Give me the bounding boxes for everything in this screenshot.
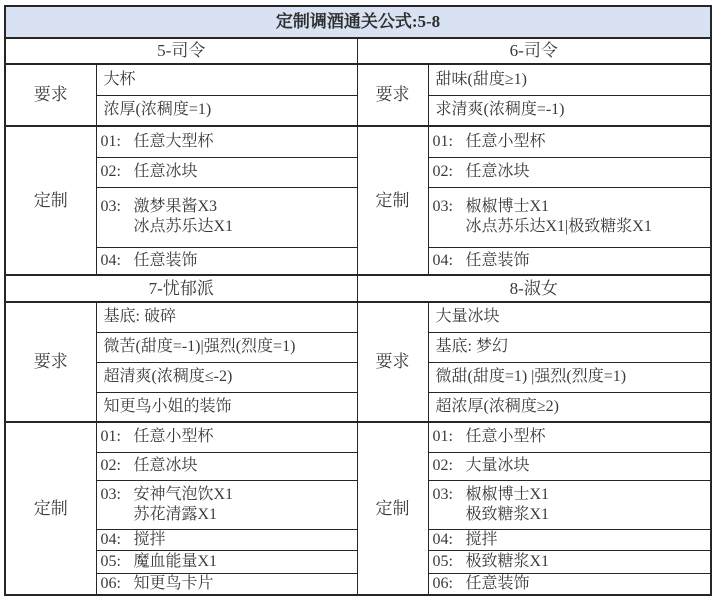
table-row: 定制调酒通关公式:5-8: [5, 6, 711, 38]
step-line: 搅拌: [466, 530, 711, 550]
requirement-cell: 大杯: [96, 64, 357, 95]
step-number: 01:: [433, 427, 466, 447]
step-number: 04:: [101, 530, 134, 550]
step-cell: 04: 搅拌: [428, 529, 711, 550]
step-cell: 06: 任意装饰: [428, 573, 711, 595]
requirements-label: 要求: [5, 64, 96, 126]
step-line: 安神气泡饮X1: [134, 485, 357, 505]
step-cell: 03: 激梦果酱X3 冰点苏乐达X1: [96, 187, 357, 247]
custom-label: 定制: [5, 126, 96, 275]
requirement-cell: 求清爽(浓稠度=-1): [428, 95, 711, 126]
step-line: 任意小型杯: [466, 132, 711, 152]
step-cell: 03: 椒椒博士X1 极致糖浆X1: [428, 480, 711, 529]
page-title: 定制调酒通关公式:5-8: [5, 6, 711, 38]
recipe-header-5: 5-司令: [5, 38, 357, 64]
table-row: 5-司令 6-司令: [5, 38, 711, 64]
requirement-cell: 基底: 破碎: [96, 302, 357, 332]
step-line: 大量冰块: [466, 456, 711, 476]
requirements-label: 要求: [5, 302, 96, 422]
requirements-label: 要求: [357, 302, 428, 422]
step-number: 02:: [101, 456, 134, 476]
step-cell: 04: 任意装饰: [428, 247, 711, 275]
step-number: 04:: [101, 251, 134, 271]
requirements-label: 要求: [357, 64, 428, 126]
step-line: 魔血能量X1: [134, 552, 357, 572]
step-line: 任意冰块: [134, 456, 357, 476]
step-line: 任意大型杯: [134, 132, 357, 152]
step-line: 冰点苏乐达X1|极致糖浆X1: [466, 217, 711, 237]
step-number: 06:: [101, 574, 134, 594]
requirement-cell: 甜味(甜度≥1): [428, 64, 711, 95]
step-cell: 03: 椒椒博士X1 冰点苏乐达X1|极致糖浆X1: [428, 187, 711, 247]
step-line: 任意冰块: [134, 162, 357, 182]
step-cell: 01: 任意小型杯: [96, 422, 357, 452]
step-cell: 02: 任意冰块: [428, 157, 711, 187]
step-cell: 02: 任意冰块: [96, 452, 357, 480]
step-cell: 05: 极致糖浆X1: [428, 550, 711, 573]
custom-label: 定制: [357, 126, 428, 275]
step-cell: 04: 搅拌: [96, 529, 357, 550]
step-number: 05:: [101, 552, 134, 572]
step-number: 03:: [101, 197, 134, 217]
step-line: 任意冰块: [466, 162, 711, 182]
step-number: 01:: [101, 427, 134, 447]
requirement-cell: 超清爽(浓稠度≤-2): [96, 362, 357, 392]
step-cell: 04: 任意装饰: [96, 247, 357, 275]
step-cell: 03: 安神气泡饮X1 苏花清露X1: [96, 480, 357, 529]
step-line: 苏花清露X1: [134, 505, 357, 525]
step-cell: 01: 任意小型杯: [428, 422, 711, 452]
step-cell: 01: 任意小型杯: [428, 126, 711, 157]
step-number: 06:: [433, 574, 466, 594]
step-line: 极致糖浆X1: [466, 552, 711, 572]
step-line: 任意装饰: [466, 574, 711, 594]
step-number: 05:: [433, 552, 466, 572]
step-number: 04:: [433, 530, 466, 550]
step-line: 椒椒博士X1: [466, 485, 711, 505]
step-line: 知更鸟卡片: [134, 574, 357, 594]
requirement-cell: 大量冰块: [428, 302, 711, 332]
step-cell: 06: 知更鸟卡片: [96, 573, 357, 595]
step-number: 02:: [101, 162, 134, 182]
step-line: 任意小型杯: [466, 427, 711, 447]
requirement-cell: 基底: 梦幻: [428, 332, 711, 362]
step-number: 02:: [433, 456, 466, 476]
step-cell: 02: 任意冰块: [96, 157, 357, 187]
recipe-header-6: 6-司令: [357, 38, 711, 64]
requirement-cell: 知更鸟小姐的装饰: [96, 392, 357, 422]
table-row: 定制 01: 任意小型杯 定制 01: 任意小型杯: [5, 422, 711, 452]
step-number: 01:: [433, 132, 466, 152]
custom-label: 定制: [5, 422, 96, 595]
step-line: 任意装饰: [466, 251, 711, 271]
requirement-cell: 浓厚(浓稠度=1): [96, 95, 357, 126]
requirement-cell: 微苦(甜度=-1)|强烈(烈度=1): [96, 332, 357, 362]
step-line: 任意小型杯: [134, 427, 357, 447]
step-number: 02:: [433, 162, 466, 182]
requirement-cell: 微甜(甜度=1) |强烈(烈度=1): [428, 362, 711, 392]
step-number: 03:: [433, 485, 466, 505]
step-line: 搅拌: [134, 530, 357, 550]
step-number: 03:: [433, 197, 466, 217]
step-cell: 01: 任意大型杯: [96, 126, 357, 157]
table-row: 要求 大杯 要求 甜味(甜度≥1): [5, 64, 711, 95]
step-line: 椒椒博士X1: [466, 197, 711, 217]
step-line: 激梦果酱X3: [134, 197, 357, 217]
step-cell: 05: 魔血能量X1: [96, 550, 357, 573]
custom-label: 定制: [357, 422, 428, 595]
recipe-header-7: 7-忧郁派: [5, 275, 357, 302]
recipe-table: 定制调酒通关公式:5-8 5-司令 6-司令 要求 大杯 要求 甜味(甜度≥1)…: [4, 5, 712, 596]
recipe-header-8: 8-淑女: [357, 275, 711, 302]
table-row: 7-忧郁派 8-淑女: [5, 275, 711, 302]
step-line: 任意装饰: [134, 251, 357, 271]
step-line: 极致糖浆X1: [466, 505, 711, 525]
requirement-cell: 超浓厚(浓稠度≥2): [428, 392, 711, 422]
table-row: 定制 01: 任意大型杯 定制 01: 任意小型杯: [5, 126, 711, 157]
step-number: 04:: [433, 251, 466, 271]
step-number: 03:: [101, 485, 134, 505]
step-cell: 02: 大量冰块: [428, 452, 711, 480]
step-number: 01:: [101, 132, 134, 152]
step-line: 冰点苏乐达X1: [134, 217, 357, 237]
table-row: 要求 基底: 破碎 要求 大量冰块: [5, 302, 711, 332]
